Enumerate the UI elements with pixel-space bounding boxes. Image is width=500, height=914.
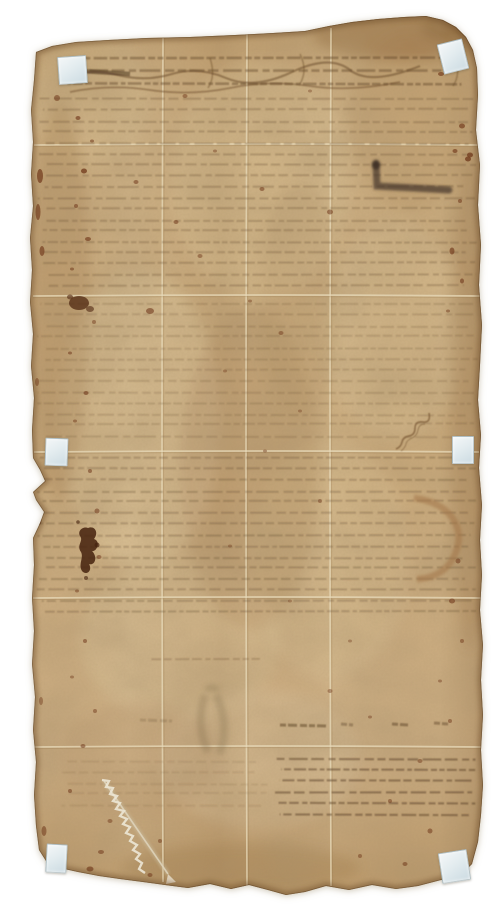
- archival-tab-bottom-left: [45, 843, 67, 873]
- parchment-document: [0, 0, 500, 914]
- archival-tab-mid-right: [452, 436, 474, 464]
- archival-tab-bottom-right: [438, 849, 471, 884]
- archival-tab-mid-left: [45, 438, 69, 467]
- archival-tab-top-left: [57, 55, 88, 85]
- photo-canvas: [0, 0, 500, 914]
